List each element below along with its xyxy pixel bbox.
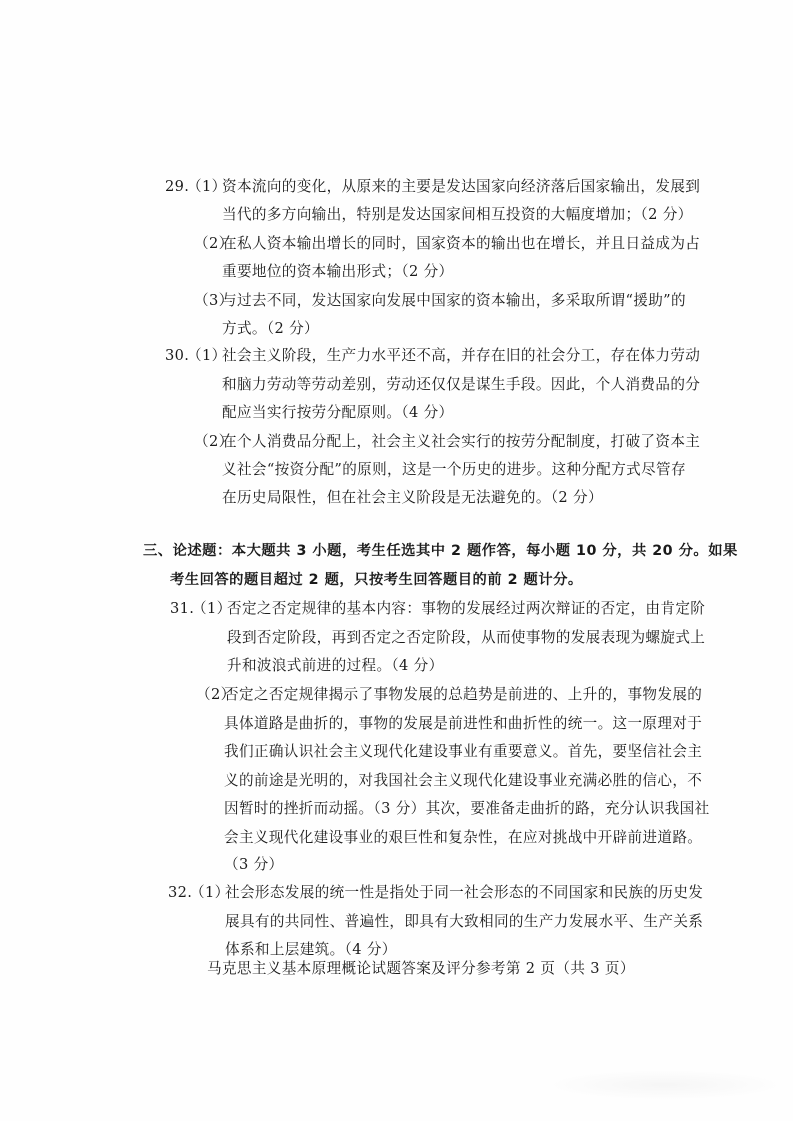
q29-item3-line1: 与过去不同，发达国家向发展中国家的资本输出，多采取所谓“援助”的 [222,291,686,311]
q31-item1-line2: 段到否定阶段，再到否定之否定阶段，从而使事物的发展表现为螺旋式上 [227,628,705,648]
q32-item1-line2: 展具有的共同性、普遍性，即具有大致相同的生产力发展水平、生产关系 [225,912,703,932]
q31-item2-line5: 因暂时的挫折而动摇。（3 分）其次，要准备走曲折的路，充分认识我国社 [224,799,710,819]
q29-item1-line2: 当代的多方向输出，特别是发达国家间相互投资的大幅度增加；（2 分） [222,205,693,225]
q31-item1-label: （1） [192,599,232,619]
section3-heading-line1: 三、论述题：本大题共 3 小题，考生任选其中 2 题作答，每小题 10 分，共 … [143,541,738,561]
q31-item1-line1: 否定之否定规律的基本内容：事物的发展经过两次辩证的否定，由肯定阶 [227,599,705,619]
q32-item1-label: （1） [190,883,230,903]
q29-item1-line1: 资本流向的变化，从原来的主要是发达国家向经济落后国家输出，发展到 [222,177,700,197]
q32-item1-line3: 体系和上层建筑。（4 分） [225,940,397,960]
q31-item2-line3: 我们正确认识社会主义现代化建设事业有重要意义。首先，要坚信社会主 [224,742,702,762]
q31-item2-line6: 会主义现代化建设事业的艰巨性和复杂性，在应对挑战中开辟前进道路。 [224,828,702,848]
q31-item2-line4: 义的前途是光明的，对我国社会主义现代化建设事业充满必胜的信心，不 [224,771,702,791]
section3-heading-line2: 考生回答的题目超过 2 题，只按考生回答题目的前 2 题计分。 [170,570,583,590]
q30-item2-line3: 在历史局限性，但在社会主义阶段是无法避免的。（2 分） [222,488,603,508]
q30-number: 30. [165,346,189,366]
q29-item1-label: （1） [187,177,227,197]
q31-item2-line1: 否定之否定规律揭示了事物发展的总趋势是前进的、上升的，事物发展的 [224,685,702,705]
q31-item2-line2: 具体道路是曲折的，事物的发展是前进性和曲折性的统一。这一原理对于 [224,714,702,734]
q32-number: 32. [168,883,192,903]
q30-item1-line2: 和脑力劳动等劳动差别，劳动还仅仅是谋生手段。因此，个人消费品的分 [222,375,700,395]
document-page: 29. （1） 资本流向的变化，从原来的主要是发达国家向经济落后国家输出，发展到… [0,0,793,1121]
q30-item1-label: （1） [187,346,227,366]
page-footer: 马克思主义基本原理概论试题答案及评分参考第 2 页（共 3 页） [207,959,635,979]
q31-item1-line3: 升和波浪式前进的过程。（4 分） [227,656,444,676]
q30-item2-line1: 在个人消费品分配上，社会主义社会实行的按劳分配制度，打破了资本主 [222,432,700,452]
q30-item1-line3: 配应当实行按劳分配原则。（4 分） [222,403,453,423]
q30-item2-line2: 义社会“按资分配”的原则，这是一个历史的进步。这种分配方式尽管存 [222,460,686,480]
q29-item2-line1: 在私人资本输出增长的同时，国家资本的输出也在增长，并且日益成为占 [222,234,700,254]
q29-item2-line2: 重要地位的资本输出形式；（2 分） [222,262,453,282]
faint-watermark [545,1070,785,1100]
q31-item2-line7: （3 分） [224,855,283,875]
q32-item1-line1: 社会形态发展的统一性是指处于同一社会形态的不同国家和民族的历史发 [225,883,703,903]
q29-number: 29. [165,177,189,197]
q30-item1-line1: 社会主义阶段，生产力水平还不高，并存在旧的社会分工，存在体力劳动 [222,346,700,366]
q31-number: 31. [170,599,194,619]
q29-item3-line2: 方式。（2 分） [222,319,319,339]
